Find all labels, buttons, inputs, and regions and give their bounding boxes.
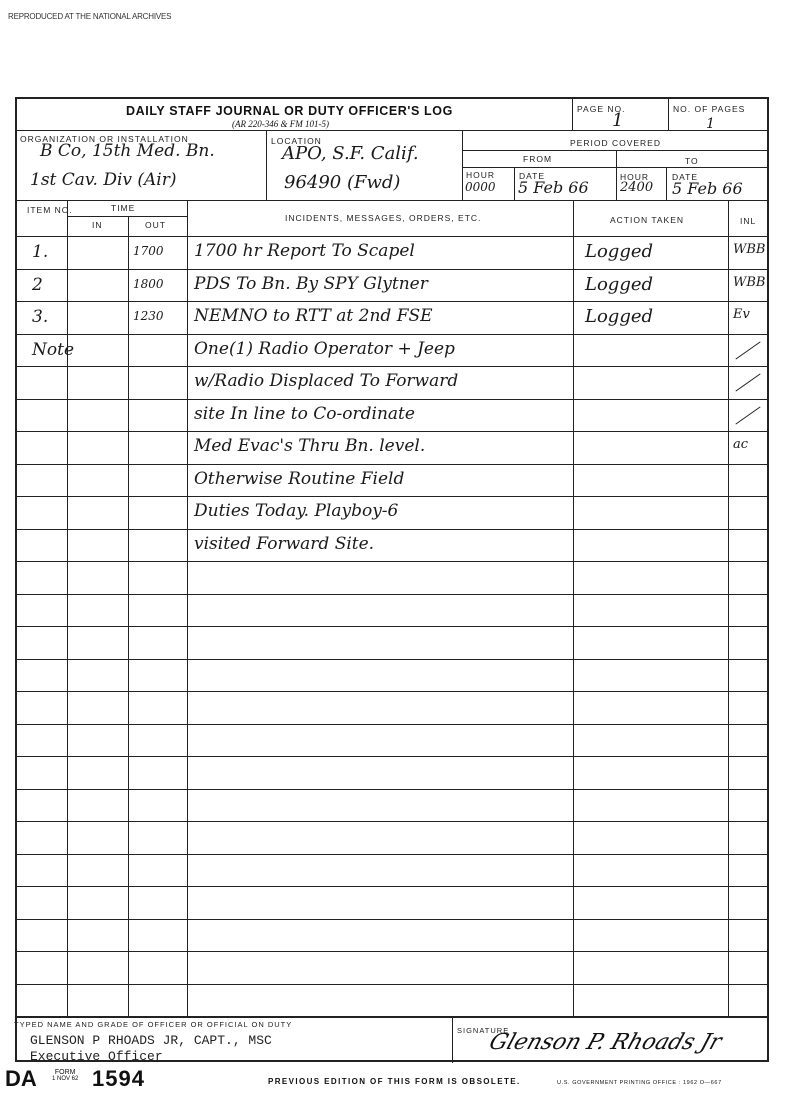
officer-label: TYPED NAME AND GRADE OF OFFICER OR OFFIC… [14,1020,292,1029]
obsolete-note: PREVIOUS EDITION OF THIS FORM IS OBSOLET… [268,1077,521,1086]
row-incident[interactable]: One(1) Radio Operator + Jeep [194,339,455,359]
from-date-value[interactable]: 5 Feb 66 [518,178,589,197]
row-action[interactable]: Logged [585,241,653,262]
row-incident[interactable]: 1700 hr Report To Scapel [194,241,415,261]
period-covered-label: PERIOD COVERED [570,138,661,148]
row-action[interactable]: Logged [585,306,653,327]
from-label: FROM [523,154,552,164]
action-taken-header: ACTION TAKEN [610,215,684,225]
item-no-header: ITEM NO. [27,205,73,215]
incidents-header: INCIDENTS, MESSAGES, ORDERS, ETC. [285,213,481,223]
row-initials[interactable]: ac [733,437,748,452]
row-action[interactable]: Logged [585,274,653,295]
location-line2[interactable]: 96490 (Fwd) [284,172,400,193]
to-label: TO [685,156,699,166]
form-number: 1594 [92,1066,145,1092]
row-incident[interactable]: site In line to Co-ordinate [194,404,415,424]
form-label-block: FORM 1 NOV 62 [52,1069,78,1083]
printing-office: U.S. GOVERNMENT PRINTING OFFICE : 1962 O… [557,1080,722,1086]
organization-line2[interactable]: 1st Cav. Div (Air) [30,170,177,190]
row-initials[interactable]: WBB [733,242,765,257]
time-out-header: OUT [145,220,166,230]
row-incident[interactable]: PDS To Bn. By SPY Glytner [194,274,428,294]
row-incident[interactable]: Med Evac's Thru Bn. level. [194,436,425,456]
row-incident[interactable]: visited Forward Site. [194,534,374,554]
from-hour-value[interactable]: 0000 [465,180,496,194]
row-item-no[interactable]: Note [32,340,74,360]
row-item-no[interactable]: 1. [32,242,48,262]
no-of-pages-label: NO. OF PAGES [673,104,745,114]
location-line1[interactable]: APO, S.F. Calif. [282,143,419,164]
row-time-out[interactable]: 1700 [133,244,164,258]
organization-line1[interactable]: B Co, 15th Med. Bn. [40,141,215,161]
row-time-out[interactable]: 1800 [133,277,164,291]
form-subtitle: (AR 220-346 & FM 101-5) [232,119,329,129]
officer-title[interactable]: Executive Officer [30,1049,163,1064]
time-header: TIME [111,203,135,213]
row-incident[interactable]: Otherwise Routine Field [194,469,404,489]
time-in-header: IN [92,220,103,230]
page-no-value[interactable]: 1 [612,110,623,131]
da-mark: DA [5,1066,37,1092]
row-initials[interactable]: Ev [733,307,750,322]
signature[interactable]: Glenson P. Rhoads Jr [486,1030,725,1055]
row-item-no[interactable]: 3. [32,307,48,327]
row-incident[interactable]: Duties Today. Playboy-6 [194,501,398,521]
row-initials[interactable]: WBB [733,275,765,290]
to-date-value[interactable]: 5 Feb 66 [672,179,743,198]
row-incident[interactable]: w/Radio Displaced To Forward [194,371,458,391]
officer-name[interactable]: GLENSON P RHOADS JR, CAPT., MSC [30,1033,272,1048]
from-hour-label: HOUR [466,170,495,180]
to-hour-value[interactable]: 2400 [620,180,653,195]
row-incident[interactable]: NEMNO to RTT at 2nd FSE [194,306,433,326]
row-item-no[interactable]: 2 [32,275,43,295]
archive-note: REPRODUCED AT THE NATIONAL ARCHIVES [8,12,171,21]
inl-header: INL [740,216,756,226]
form-title: DAILY STAFF JOURNAL OR DUTY OFFICER'S LO… [126,104,453,118]
row-time-out[interactable]: 1230 [133,309,164,323]
